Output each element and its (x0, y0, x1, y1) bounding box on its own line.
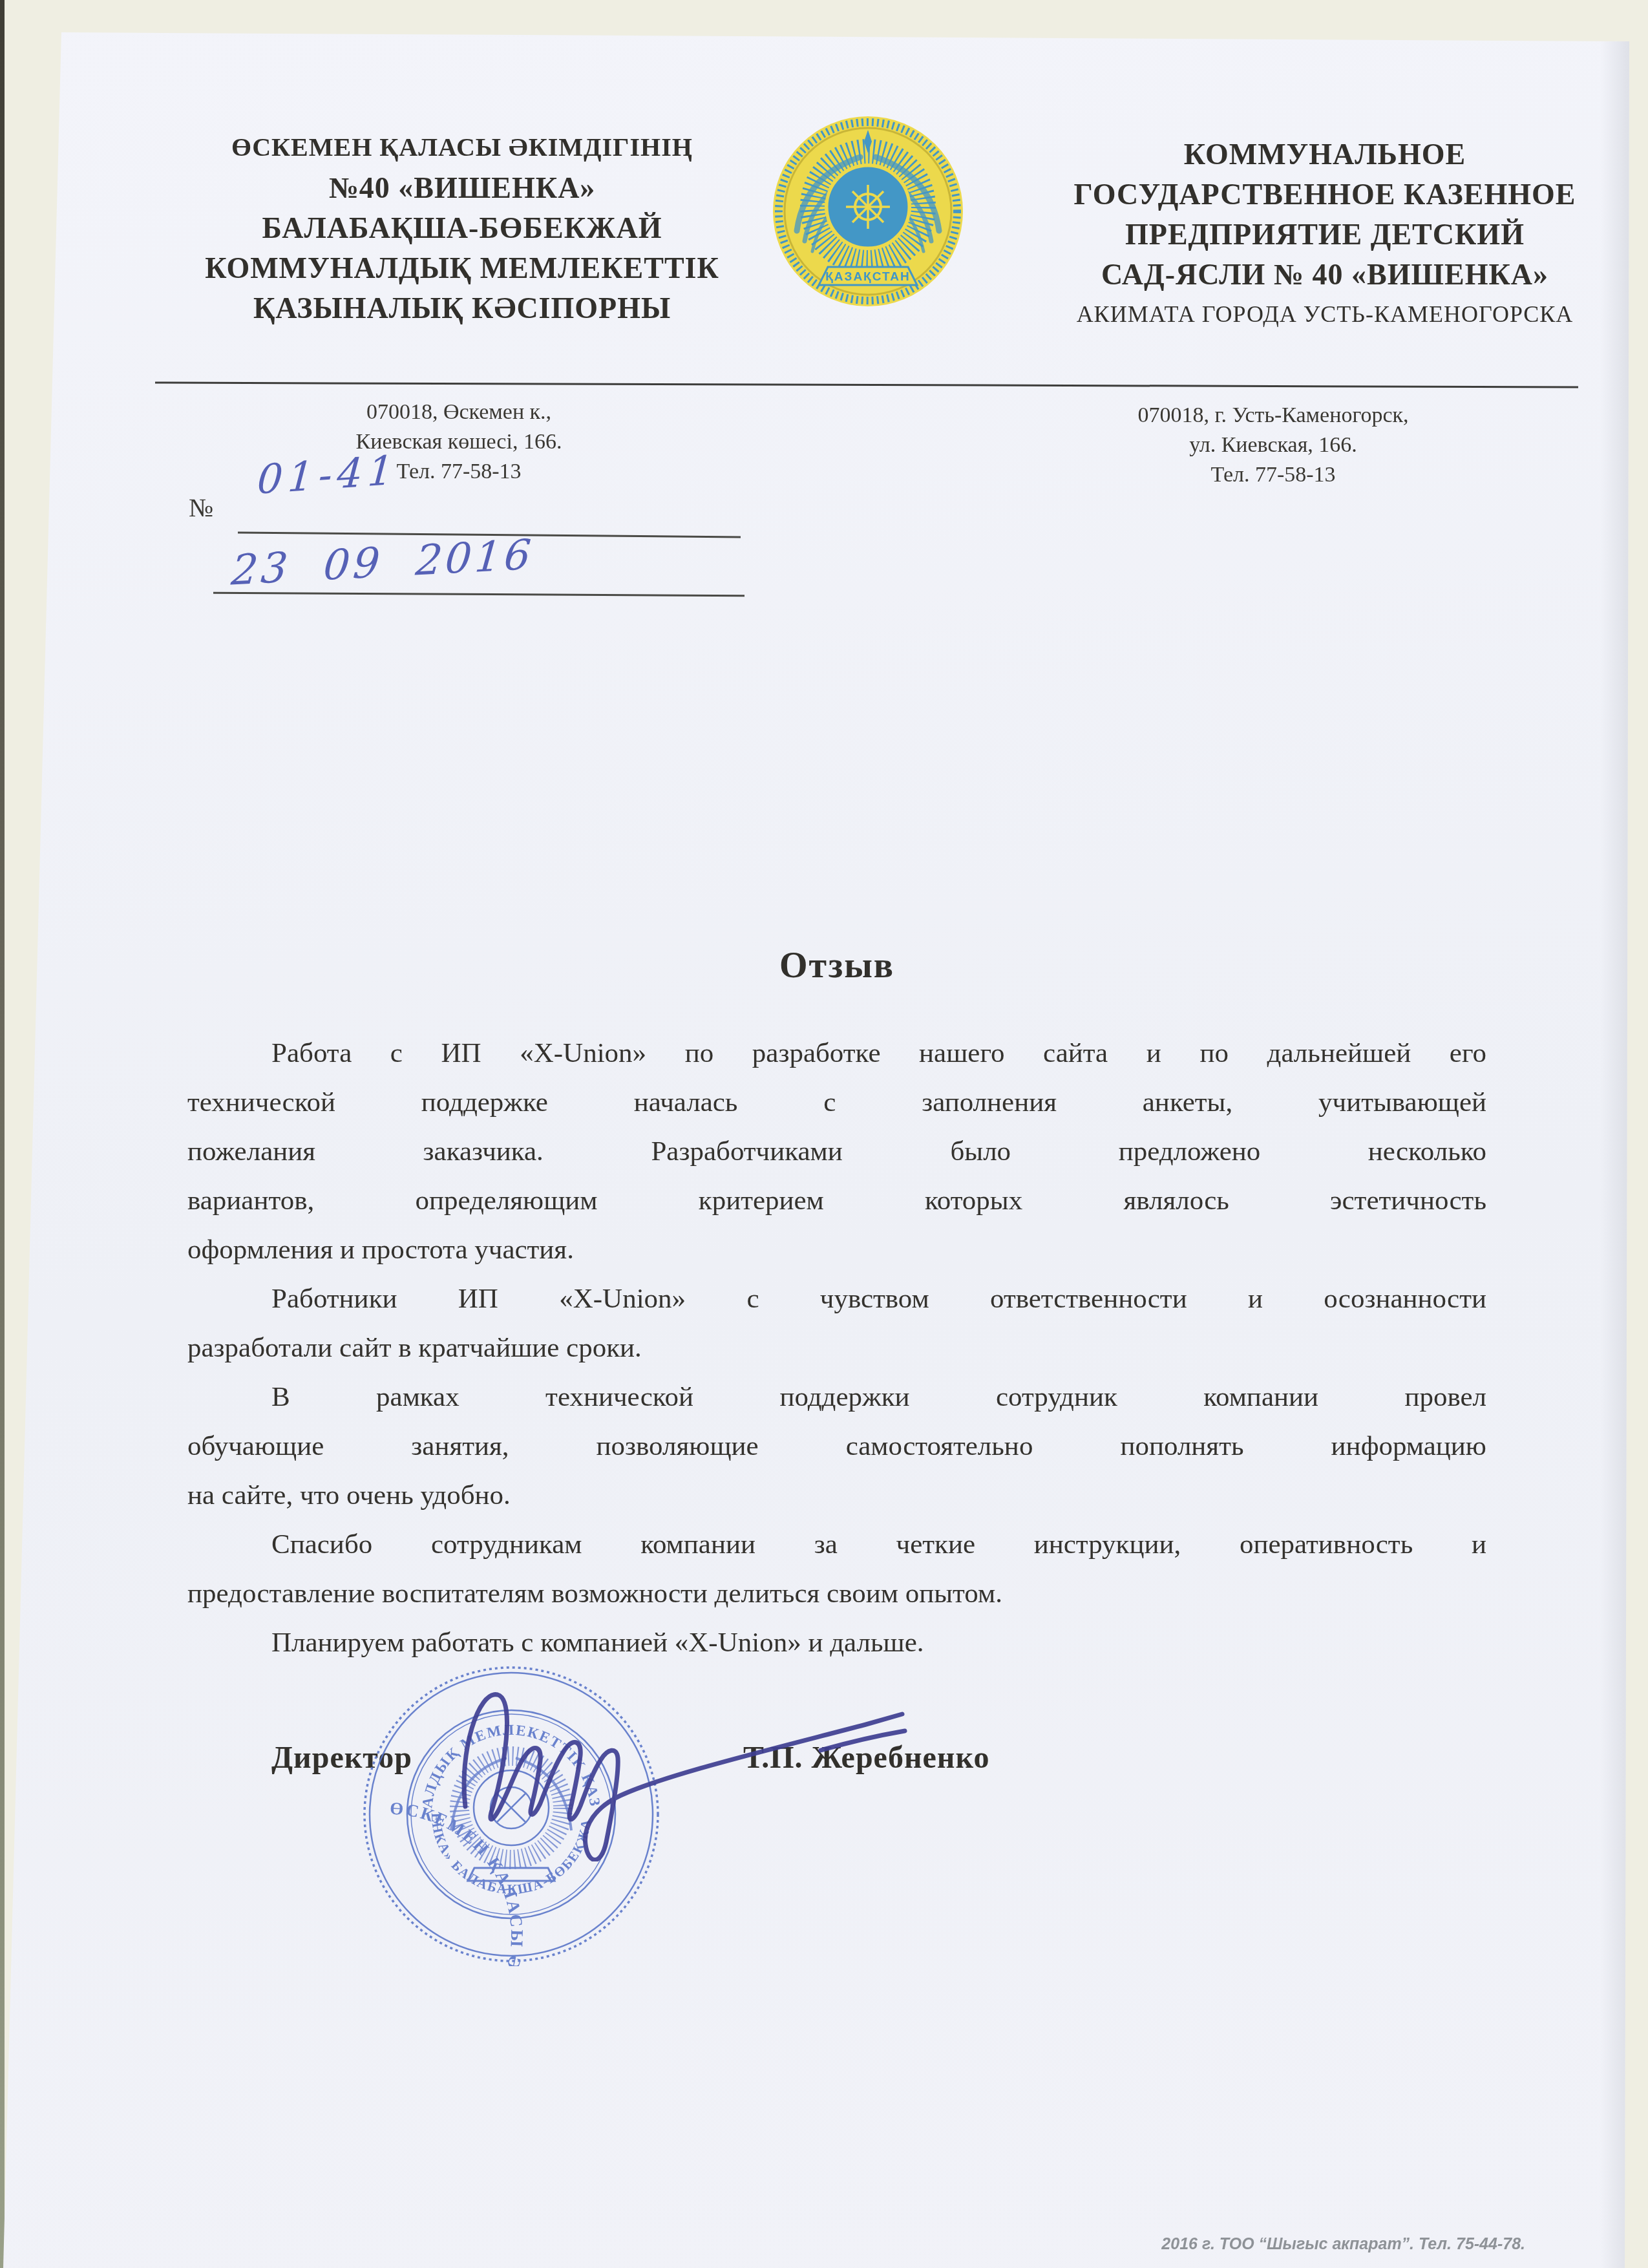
body-line: разработали сайт в кратчайшие сроки. (187, 1324, 1486, 1373)
print-shop-imprint: 2016 г. ТОО “Шыгыс акпарат”. Тел. 75-44-… (1099, 2235, 1525, 2254)
org-line: САД-ЯСЛИ № 40 «ВИШЕНКА» (1034, 255, 1616, 295)
handwritten-reg-number: 01-41 (256, 446, 400, 503)
body-line: технической поддержке началась с заполне… (187, 1078, 1486, 1127)
body-line: обучающие занятия, позволяющие самостоят… (187, 1422, 1486, 1471)
org-line: КОММУНАЛЬНОЕ (1034, 134, 1616, 175)
handwritten-date: 23 09 2016 (229, 531, 536, 595)
contact-line: 070018, г. Усть-Каменогорск, (1047, 401, 1499, 430)
body-line: В рамках технической поддержки сотрудник… (187, 1373, 1486, 1422)
letterhead-left-org: ӨСКЕМЕН ҚАЛАСЫ ӘКІМДІГІНІҢ №40 «ВИШЕНКА»… (158, 127, 766, 328)
body-line: вариантов, определяющим критерием которы… (187, 1176, 1486, 1225)
org-line: ҚАЗЫНАЛЫҚ КӘСІПОРНЫ (158, 288, 766, 328)
body-line: предоставление воспитателям возможности … (187, 1569, 1486, 1618)
emblem-caption: ҚАЗАҚСТАН (825, 270, 911, 284)
contact-line: 070018, Өскемен к., (271, 397, 646, 427)
kazakhstan-emblem-icon: ҚАЗАҚСТАН (771, 114, 965, 308)
org-line: КОММУНАЛДЫҚ МЕМЛЕКЕТТІК (158, 248, 766, 288)
letterhead-right-org: КОММУНАЛЬНОЕ ГОСУДАРСТВЕННОЕ КАЗЕННОЕ ПР… (1034, 134, 1616, 334)
body-line: на сайте, что очень удобно. (187, 1471, 1486, 1520)
org-line: ПРЕДПРИЯТИЕ ДЕТСКИЙ (1034, 215, 1616, 255)
org-line: ӨСКЕМЕН ҚАЛАСЫ ӘКІМДІГІНІҢ (158, 127, 766, 168)
body-line: оформления и простота участия. (187, 1225, 1486, 1275)
contact-block-right: 070018, г. Усть-Каменогорск, ул. Киевска… (1047, 401, 1499, 490)
date-underline (213, 592, 745, 597)
org-line: АКИМАТА ГОРОДА УСТЬ-КАМЕНОГОРСКА (1034, 295, 1616, 334)
contact-line: ул. Киевская, 166. (1047, 430, 1499, 460)
org-line: ГОСУДАРСТВЕННОЕ КАЗЕННОЕ (1034, 175, 1616, 215)
body-line: Работа с ИП «X-Union» по разработке наше… (187, 1029, 1486, 1078)
review-body: Работа с ИП «X-Union» по разработке наше… (187, 1029, 1486, 1668)
body-line: Спасибо сотрудникам компании за четкие и… (187, 1520, 1486, 1569)
document-title: Отзыв (187, 945, 1486, 986)
org-line: №40 «ВИШЕНКА» (158, 168, 766, 208)
contact-line: Тел. 77-58-13 (1047, 460, 1499, 490)
body-line: Работники ИП «X-Union» с чувством ответс… (187, 1275, 1486, 1324)
scanned-page: ӨСКЕМЕН ҚАЛАСЫ ӘКІМДІГІНІҢ №40 «ВИШЕНКА»… (0, 0, 1648, 2268)
letterhead-divider (155, 382, 1578, 388)
paper-edge-shadow (1600, 41, 1630, 2268)
scanner-edge-strip (0, 0, 5, 2268)
reg-number-label: № (189, 493, 213, 523)
body-line: пожелания заказчика. Разработчиками было… (187, 1127, 1486, 1176)
org-line: БАЛАБАҚША-БӨБЕКЖАЙ (158, 208, 766, 248)
handwritten-signature (414, 1642, 944, 1861)
